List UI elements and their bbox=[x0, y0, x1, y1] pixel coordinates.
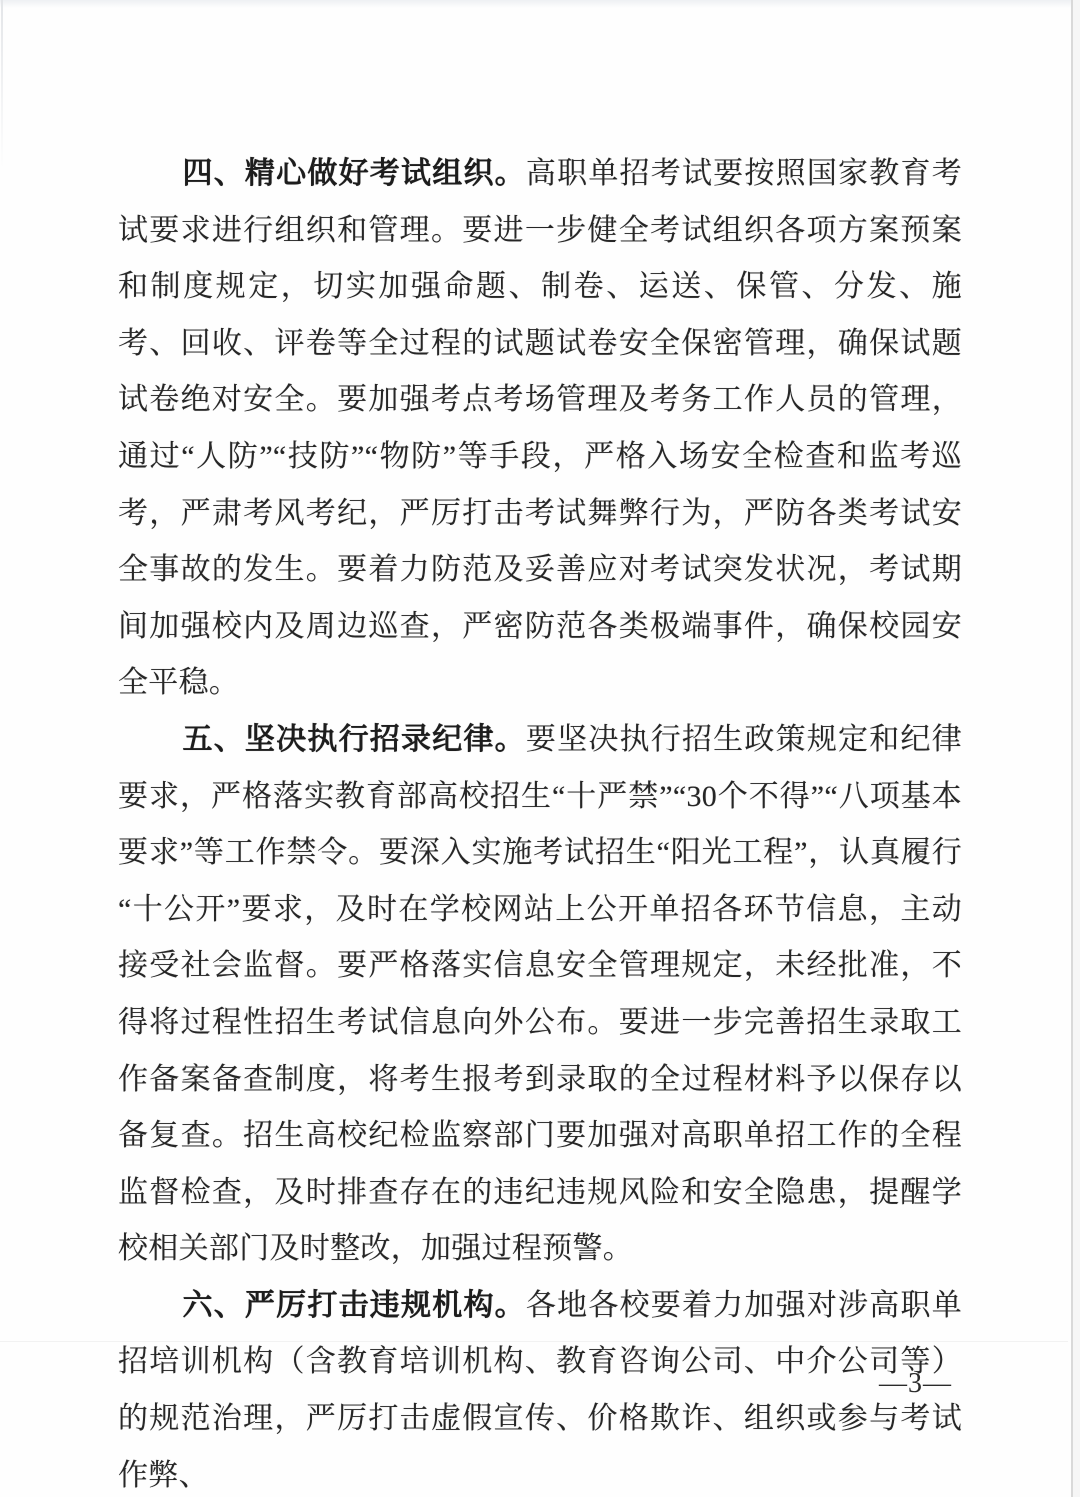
section-4-text: 高职单招考试要按照国家教育考试要求进行组织和管理。要进一步健全考试组织各项方案预… bbox=[118, 157, 962, 699]
scan-right-margin bbox=[1073, 0, 1080, 1497]
section-4-heading: 四、精心做好考试组织。 bbox=[183, 157, 526, 190]
section-6-heading: 六、严厉打击违规机构。 bbox=[183, 1289, 526, 1322]
section-5-heading: 五、坚决执行招录纪律。 bbox=[183, 723, 526, 756]
scanned-document-page: 四、精心做好考试组织。高职单招考试要按照国家教育考试要求进行组织和管理。要进一步… bbox=[0, 0, 1080, 1497]
section-5-paragraph: 五、坚决执行招录纪律。要坚决执行招生政策规定和纪律要求，严格落实教育部高校招生“… bbox=[118, 712, 962, 1278]
section-4-paragraph: 四、精心做好考试组织。高职单招考试要按照国家教育考试要求进行组织和管理。要进一步… bbox=[118, 146, 962, 712]
document-body: 四、精心做好考试组织。高职单招考试要按照国家教育考试要求进行组织和管理。要进一步… bbox=[118, 146, 962, 1497]
scan-right-edge-line bbox=[1071, 0, 1073, 1497]
scan-top-edge bbox=[0, 0, 1080, 8]
section-6-paragraph: 六、严厉打击违规机构。各地各校要着力加强对涉高职单招培训机构（含教育培训机构、教… bbox=[118, 1278, 962, 1497]
scan-left-edge bbox=[1, 0, 3, 170]
section-5-text: 要坚决执行招生政策规定和纪律要求，严格落实教育部高校招生“十严禁”“30个不得”… bbox=[118, 723, 962, 1265]
page-number: —3— bbox=[879, 1368, 952, 1400]
